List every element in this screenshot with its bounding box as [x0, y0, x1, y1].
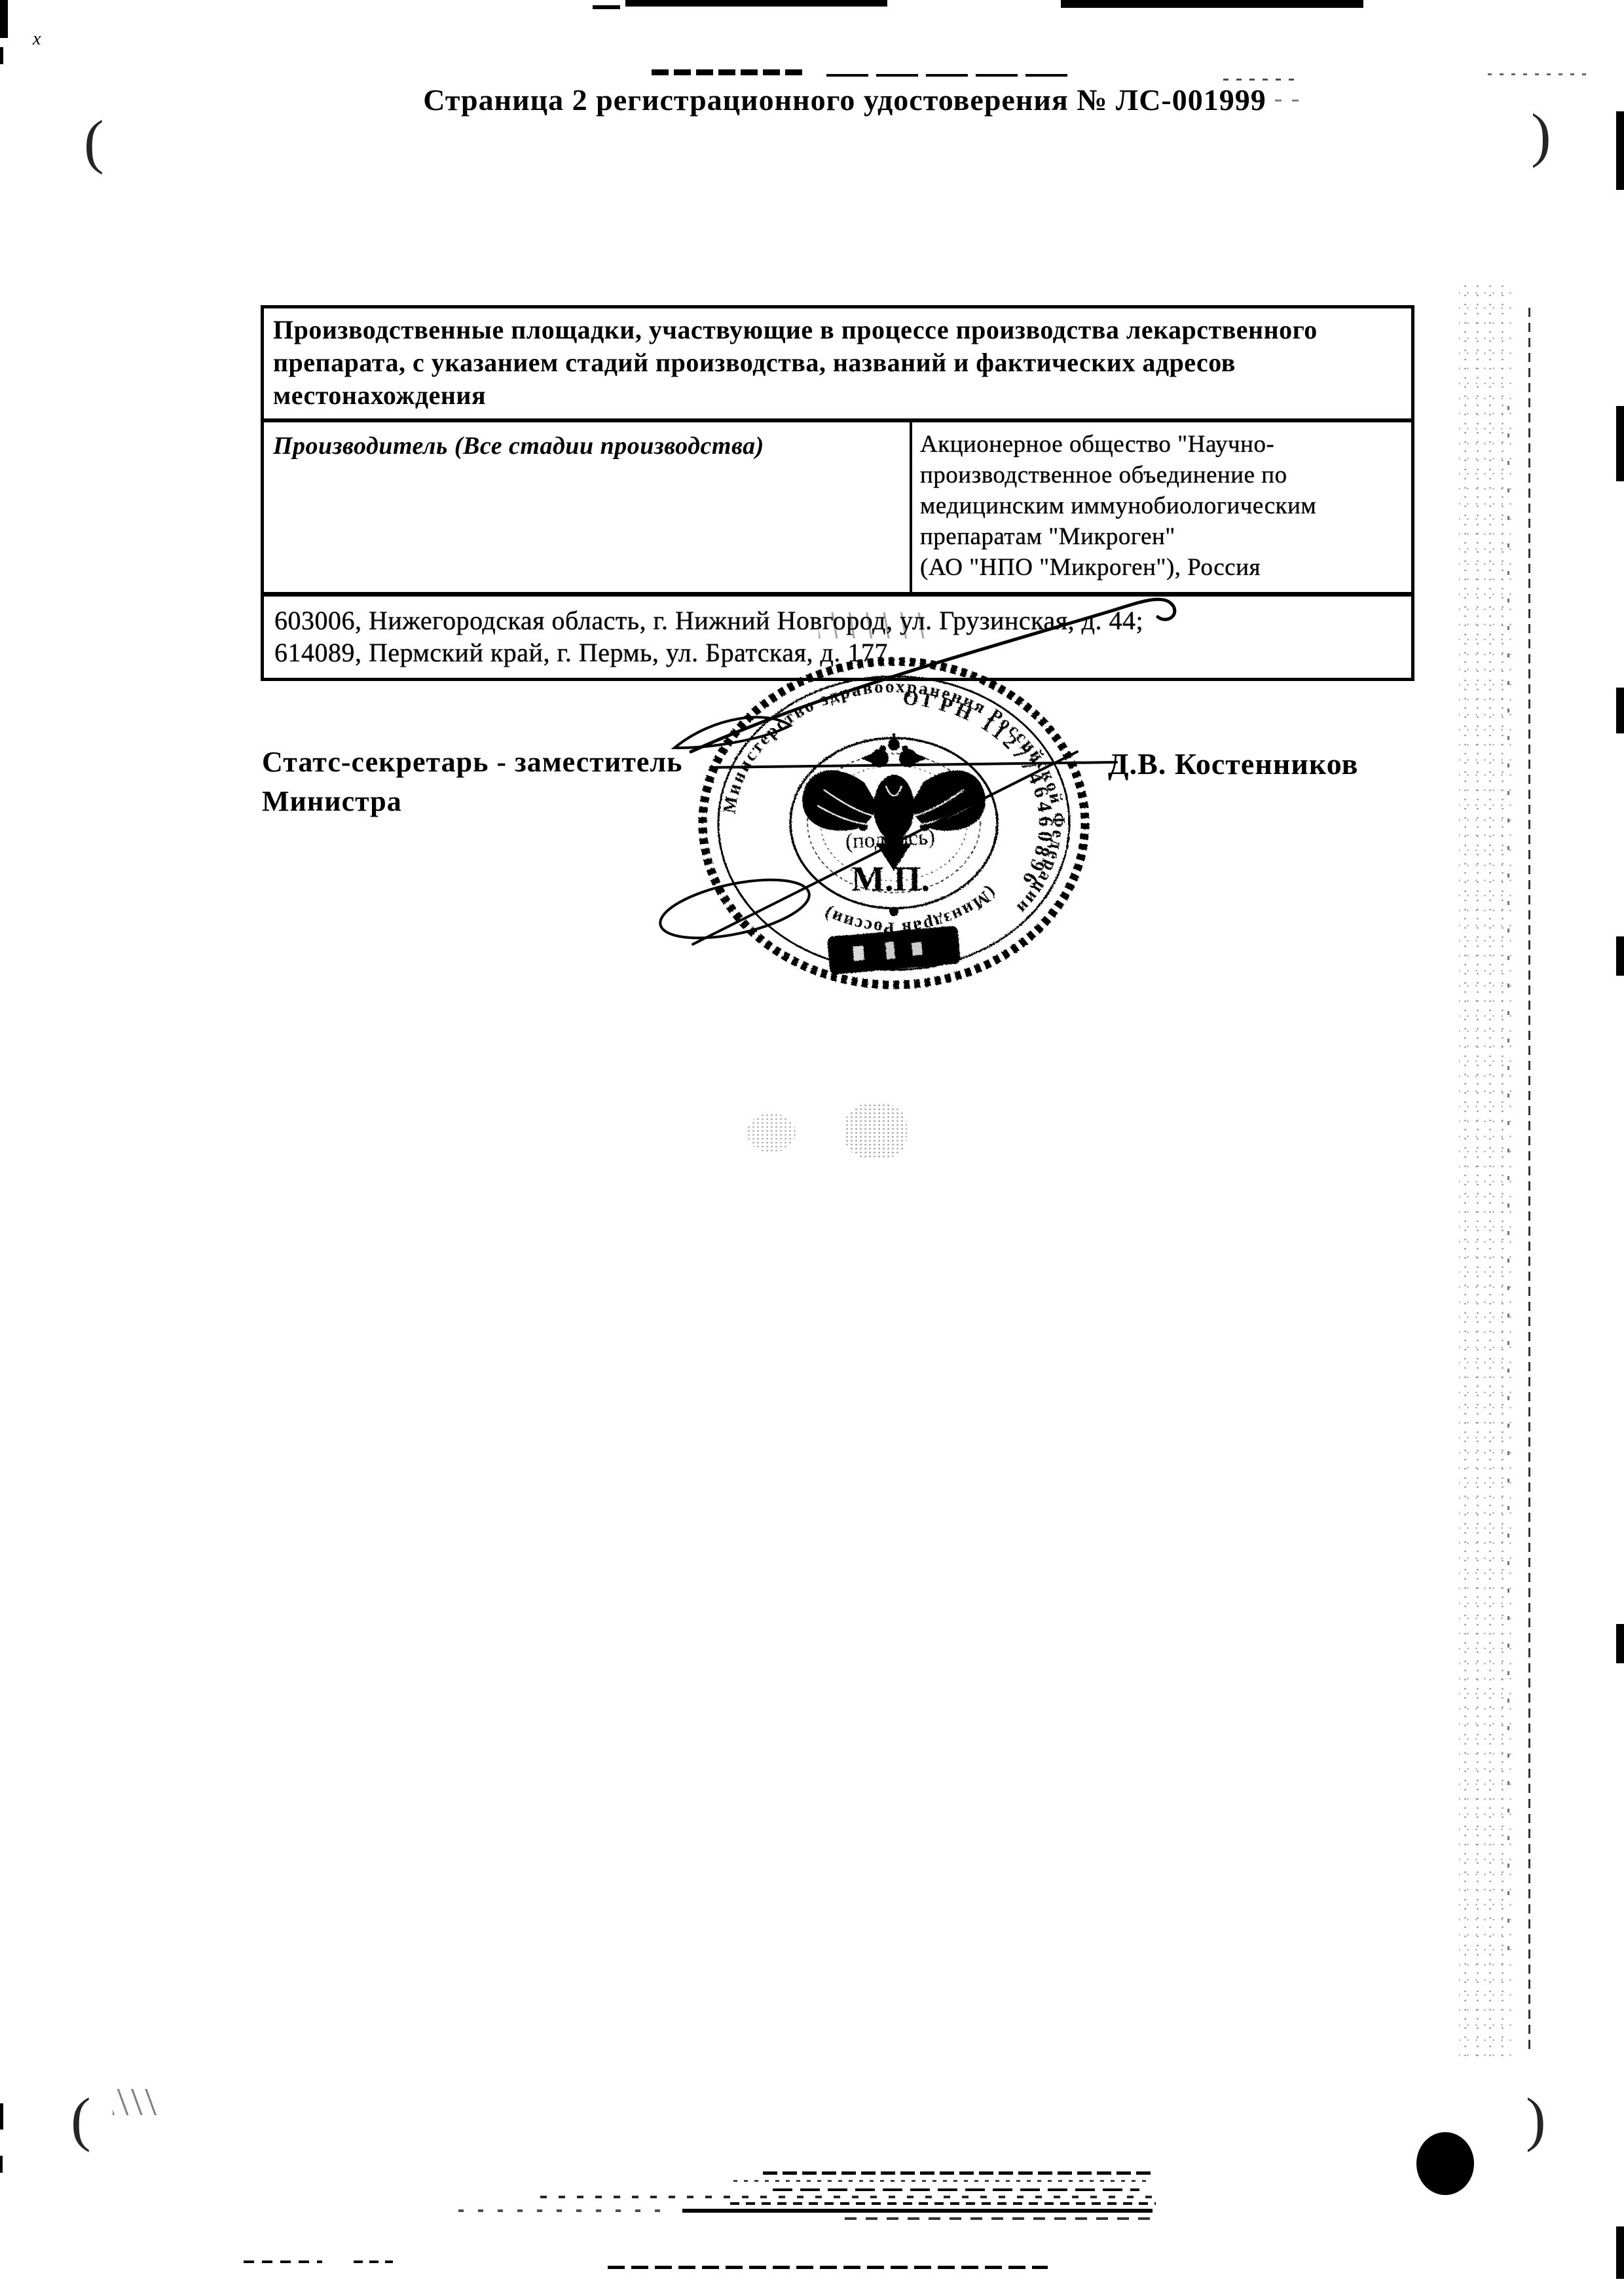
scan-artifact-smudge-1	[747, 1113, 796, 1153]
signatory-position-line1: Статс-секретарь - заместитель	[262, 743, 720, 782]
scan-artifact-right-noise-band	[1459, 282, 1514, 2056]
scan-artifact-edge-bar-2	[1616, 406, 1624, 481]
manufacturer-value-line: производственное объединение по	[920, 460, 1407, 490]
scan-artifact-edge-bar-6	[1616, 2226, 1624, 2279]
scan-artifact-bottom-line-6	[682, 2209, 1153, 2213]
scan-artifact-bottommost-dash-2	[354, 2260, 393, 2263]
scan-artifact-bottom-line-1	[763, 2171, 1156, 2175]
signatory-position-line2: Министра	[262, 782, 720, 821]
scan-artifact-edge-bar-5	[1616, 1624, 1624, 1663]
scan-artifact-title-dash-2	[826, 74, 1074, 77]
table-header-line: Производственные площадки, участвующие в…	[273, 314, 1401, 346]
manufacturer-value-line: медицинским иммунобиологическим	[920, 490, 1407, 521]
scan-artifact-title-dots-1	[1223, 79, 1302, 81]
scan-artifact-title-dash-1	[652, 69, 807, 75]
scanned-document-page: { "page": { "header_title": "Страница 2 …	[0, 0, 1624, 2288]
scan-artifact-title-dots-2	[1488, 73, 1586, 75]
scan-artifact-bottom-line-5	[730, 2202, 1156, 2205]
manufacturer-label-cell: Производитель (Все стадии производства)	[264, 422, 912, 592]
scan-artifact-bottom-line-4	[540, 2196, 1153, 2198]
scan-artifact-left-tick-bottom-2	[0, 2156, 3, 2173]
handwritten-signature	[655, 576, 1198, 989]
scan-artifact-paren-left-top: (	[84, 111, 104, 172]
signature-loop-stroke	[655, 869, 815, 950]
scan-artifact-bottommost-dash-3	[608, 2266, 1048, 2269]
scan-artifact-bottom-line-2	[733, 2180, 1153, 2182]
scan-artifact-paren-left-bottom: (	[71, 2089, 91, 2149]
manufacturer-value-line: Акционерное общество "Научно-	[920, 429, 1407, 460]
scan-artifact-left-tick-bottom-1	[0, 2103, 3, 2130]
scan-artifact-left-edge-bar	[0, 0, 8, 38]
scan-artifact-smudge-2	[845, 1103, 907, 1159]
scan-artifact-edge-bar-1	[1616, 111, 1624, 190]
scan-artifact-left-edge-tick	[0, 47, 3, 64]
scan-artifact-edge-bar-3	[1616, 688, 1624, 733]
signature-sweep-stroke	[691, 599, 1175, 752]
scan-artifact-bottommost-dash-1	[244, 2260, 322, 2263]
scan-artifact-bottom-line-3	[773, 2188, 1139, 2191]
punch-hole-dot	[1416, 2132, 1474, 2195]
scan-artifact-top-dash-small	[593, 5, 620, 9]
manufacturer-value-cell: Акционерное общество "Научно- производст…	[912, 422, 1411, 592]
scan-artifact-x-mark: х	[33, 29, 41, 50]
table-row: Производитель (Все стадии производства) …	[264, 422, 1411, 597]
scan-artifact-right-dotted-line	[1507, 406, 1509, 1965]
scan-artifact-bottom-line-7	[845, 2217, 1153, 2220]
scan-artifact-specks-bottom-left	[113, 2089, 158, 2115]
signature-diagonal-stroke	[693, 752, 1077, 944]
scan-artifact-edge-bar-4	[1616, 936, 1624, 976]
scan-artifact-top-dash-left	[625, 0, 887, 7]
scan-artifact-top-dash-right	[1061, 0, 1363, 8]
table-header-cell: Производственные площадки, участвующие в…	[264, 308, 1411, 422]
scan-artifact-paren-right-top: )	[1531, 105, 1551, 165]
scan-artifact-paren-right-bottom: )	[1526, 2089, 1546, 2149]
signature-strokes	[655, 599, 1175, 949]
scan-artifact-bottom-line-6-tail	[458, 2209, 674, 2212]
table-header-line: препарата, с указанием стадий производст…	[273, 346, 1401, 379]
page-title: Страница 2 регистрационного удостоверени…	[419, 83, 1270, 117]
table-header-line: местонахождения	[273, 379, 1401, 412]
signatory-position: Статс-секретарь - заместитель Министра	[262, 743, 720, 821]
manufacturer-value-line: препаратам "Микроген"	[920, 521, 1407, 552]
scan-artifact-right-broken-line	[1528, 308, 1530, 2050]
